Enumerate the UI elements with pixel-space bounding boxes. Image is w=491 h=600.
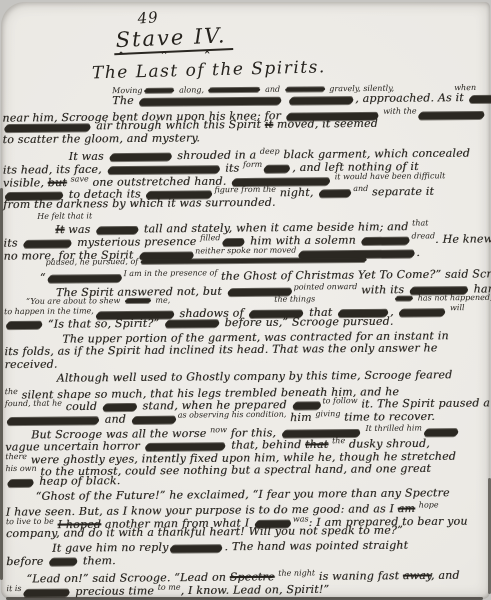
scribble-deletion [144, 89, 175, 93]
scribble-deletion [145, 443, 227, 450]
deleted-segment: away [403, 569, 431, 582]
scribble-deletion [48, 559, 78, 566]
scribble-deletion [138, 252, 194, 259]
scribble-deletion [395, 297, 414, 301]
scribble-deletion [7, 479, 35, 486]
text-segment [283, 93, 287, 106]
inserted-segment: to follow [322, 396, 357, 405]
gap-spacer [476, 88, 491, 90]
text-segment: It gave him no reply [52, 541, 168, 555]
inserted-segment: along, [176, 85, 206, 94]
inserted-segment: I am in the presence of [124, 268, 218, 278]
inserted-segment: form [243, 160, 262, 169]
inserted-segment: found, that he [5, 399, 62, 408]
scribble-deletion [231, 178, 331, 185]
inserted-segment: the night [278, 569, 315, 578]
manuscript-paragraph: “Lead on!” said Scrooge. “Lead on Spectr… [6, 566, 490, 595]
text-segment: separate it [368, 185, 434, 199]
scribble-deletion [4, 124, 92, 131]
scribble-deletion [418, 111, 486, 118]
text-segment: and [101, 413, 130, 426]
inserted-segment: me, [153, 296, 170, 305]
deleted-segment: it [265, 118, 273, 131]
scribble-deletion [298, 250, 416, 258]
scribble-deletion [6, 417, 100, 424]
manuscript-paragraph: But Scrooge was all the worse now for th… [5, 422, 490, 489]
scribble-deletion [361, 238, 411, 245]
inserted-segment: figure from the [214, 185, 276, 195]
scribble-deletion [139, 97, 283, 105]
manuscript-paragraph: Moving along, and gravely, silently,when… [2, 84, 486, 147]
text-segment: air through which this Spirit [92, 118, 264, 133]
text-segment: The [112, 94, 137, 107]
text-segment: “ [40, 271, 46, 284]
scribble-deletion [249, 311, 305, 318]
scribble-deletion [423, 429, 459, 436]
manuscript-paragraph: “Ghost of the Future!” he exclaimed, “I … [6, 487, 490, 542]
scribble-deletion [5, 322, 43, 329]
page-number: 49 [137, 8, 159, 28]
inserted-segment: and [353, 184, 368, 193]
inserted-segment: to live to be [6, 516, 54, 525]
scribble-deletion [281, 430, 361, 437]
scribble-deletion [95, 312, 175, 319]
scribble-deletion [469, 95, 491, 102]
manuscript-scan: 49 Stave IV. ˆ ˆ ˆ The Last of the Spiri… [0, 0, 491, 600]
scribble-deletion [208, 88, 261, 92]
manuscript-paragraph: Although well used to Ghostly company by… [5, 369, 489, 424]
inserted-segment: and [263, 85, 283, 94]
inserted-segment: save [71, 174, 89, 183]
scribble-deletion [95, 227, 139, 234]
inserted-segment: paused, he pursued, of [46, 257, 139, 267]
inserted-segment: the [5, 387, 18, 396]
gap-spacer [315, 300, 393, 302]
inserted-segment: to happen in the time, [4, 307, 94, 317]
scribble-deletion [47, 275, 123, 282]
text-segment: received. [4, 357, 57, 370]
scribble-deletion [146, 191, 214, 198]
manuscript-paragraph: “You are about to shew me,the things has… [4, 294, 488, 331]
text-segment: to scatter the gloom, and mystery. [3, 131, 201, 146]
inserted-segment: that [412, 219, 428, 228]
text-segment: , and [431, 569, 460, 582]
inserted-segment: it is [6, 584, 21, 593]
inserted-segment: neither spoke nor moved [195, 245, 296, 255]
text-segment: company, and do it with a thankful heart… [6, 524, 403, 540]
scribble-deletion [286, 112, 380, 119]
scribble-deletion [288, 97, 354, 104]
inserted-segment: it would have been difficult [332, 171, 445, 181]
scribble-deletion [4, 193, 64, 200]
text-segment: . He knew [435, 232, 491, 246]
inserted-segment: giving [315, 409, 340, 418]
scribble-deletion [254, 520, 292, 527]
manuscript-paragraph: It was shrouded in a deep black garment,… [3, 144, 488, 211]
inserted-segment: there [5, 452, 27, 461]
scribble-deletion [409, 287, 469, 294]
scribble-deletion [284, 87, 325, 91]
manuscript-line: The Spirit answered not, but pointed onw… [4, 280, 488, 297]
inserted-segment: deep [260, 147, 280, 156]
manuscript-body: Moving along, and gravely, silently,when… [2, 82, 490, 596]
scribble-deletion [164, 321, 220, 328]
inserted-segment: He felt that it [37, 212, 92, 221]
scribble-deletion [170, 545, 224, 552]
text-segment: , I know. Lead on, Spirit!” [181, 583, 330, 597]
text-segment: precious time [71, 584, 157, 598]
scribble-deletion [140, 258, 367, 264]
text-segment: . [416, 246, 420, 259]
manuscript-paragraph: He felt that itIt was tall and stately, … [3, 209, 487, 267]
scribble-deletion [124, 299, 151, 303]
inserted-segment: as observing his condition, [178, 410, 287, 420]
scribble-deletion [23, 240, 73, 247]
text-segment: . The hand was pointed straight [224, 539, 408, 554]
scribble-deletion [222, 239, 246, 246]
scribble-deletion [109, 154, 173, 161]
scribble-deletion [131, 417, 177, 424]
inserted-segment: was [293, 514, 309, 523]
scribble-deletion [23, 589, 71, 596]
inserted-segment: hope [419, 501, 439, 510]
manuscript-paragraph: The Spirit answered not, but pointed onw… [4, 280, 488, 297]
text-segment: them. [79, 554, 116, 567]
scribble-deletion [102, 404, 138, 411]
scribble-deletion [318, 190, 352, 197]
inserted-segment: pointed onward [294, 282, 358, 292]
gap-spacer [170, 301, 274, 303]
inserted-segment: the [332, 436, 345, 445]
scribble-deletion [337, 310, 389, 317]
text-segment: him [286, 411, 315, 424]
manuscript-content: 49 Stave IV. ˆ ˆ ˆ The Last of the Spiri… [1, 2, 490, 600]
text-segment: , approached. As it [355, 91, 467, 105]
inserted-segment: has not happened, but [415, 293, 491, 303]
inserted-segment: his own [5, 464, 36, 473]
inserted-segment: with the [381, 106, 417, 115]
text-segment: heap of black. [36, 474, 121, 488]
text-segment: night, [276, 186, 317, 199]
text-segment: before us,” Scrooge pursued. [221, 315, 394, 330]
scribble-deletion [227, 288, 293, 295]
scribble-deletion [399, 310, 447, 317]
text-segment: before [6, 554, 47, 567]
manuscript-paragraph: “I am in the presence of the Ghost of Ch… [4, 265, 488, 282]
manuscript-line: “I am in the presence of the Ghost of Ch… [4, 265, 488, 282]
inserted-segment: dread [411, 231, 435, 240]
inserted-segment: will [447, 303, 464, 312]
inserted-segment: filled [200, 233, 220, 242]
scribble-deletion [292, 403, 322, 410]
scribble-deletion [107, 166, 221, 173]
inserted-segment: now [210, 425, 227, 434]
manuscript-paragraph: It gave him no reply. The hand was point… [6, 539, 490, 568]
manuscript-paragraph: The upper portion of the garment, was co… [4, 329, 488, 371]
inserted-segment: the things [274, 295, 315, 304]
scribble-deletion [263, 166, 291, 173]
inserted-segment: It thrilled him [365, 423, 422, 432]
inserted-segment: to me [158, 582, 181, 591]
